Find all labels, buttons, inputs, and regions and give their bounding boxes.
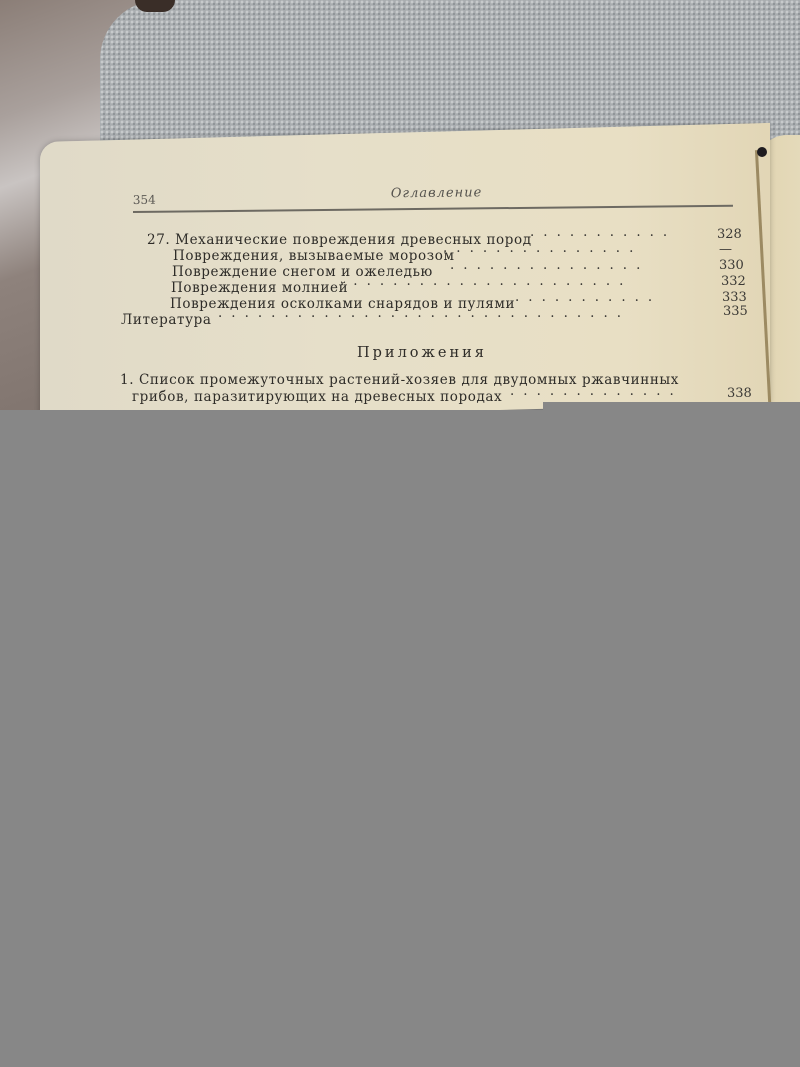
toc-entry-label: Повреждения, вызываемые морозом [173,248,455,264]
redaction-mask [0,410,545,1067]
toc-entry-label: Литература [121,312,212,328]
page-content: 354 Оглавление 27. Механические поврежде… [0,0,800,420]
toc-entry: Литература [121,312,212,328]
redaction-mask [543,402,800,1067]
appendix-entry-line2: грибов, паразитирующих на древесных поро… [132,389,502,405]
toc-page: 333 [722,290,747,305]
appendix-entry-label: 1. Список промежуточных растений-хозяев … [120,372,679,388]
appendix-entry-label: грибов, паразитирующих на древесных поро… [132,389,502,405]
header-rule [133,205,733,213]
appendix-heading: Приложения [357,345,487,361]
toc-page: 335 [723,304,748,319]
toc-page: — [719,242,732,257]
toc-page: 328 [717,227,742,242]
running-title: Оглавление [391,185,483,201]
appendix-entry-line1: 1. Список промежуточных растений-хозяев … [120,372,679,388]
toc-page: 332 [721,274,746,289]
toc-entry: Повреждения молнией [171,280,348,296]
running-head: 354 Оглавление [133,184,738,212]
page-number: 354 [133,193,156,207]
toc-page: 330 [719,258,744,273]
toc-entry-label: Повреждения молнией [171,280,348,296]
toc-page: 338 [727,386,752,401]
toc-entry: Повреждения, вызываемые морозом [173,248,455,264]
